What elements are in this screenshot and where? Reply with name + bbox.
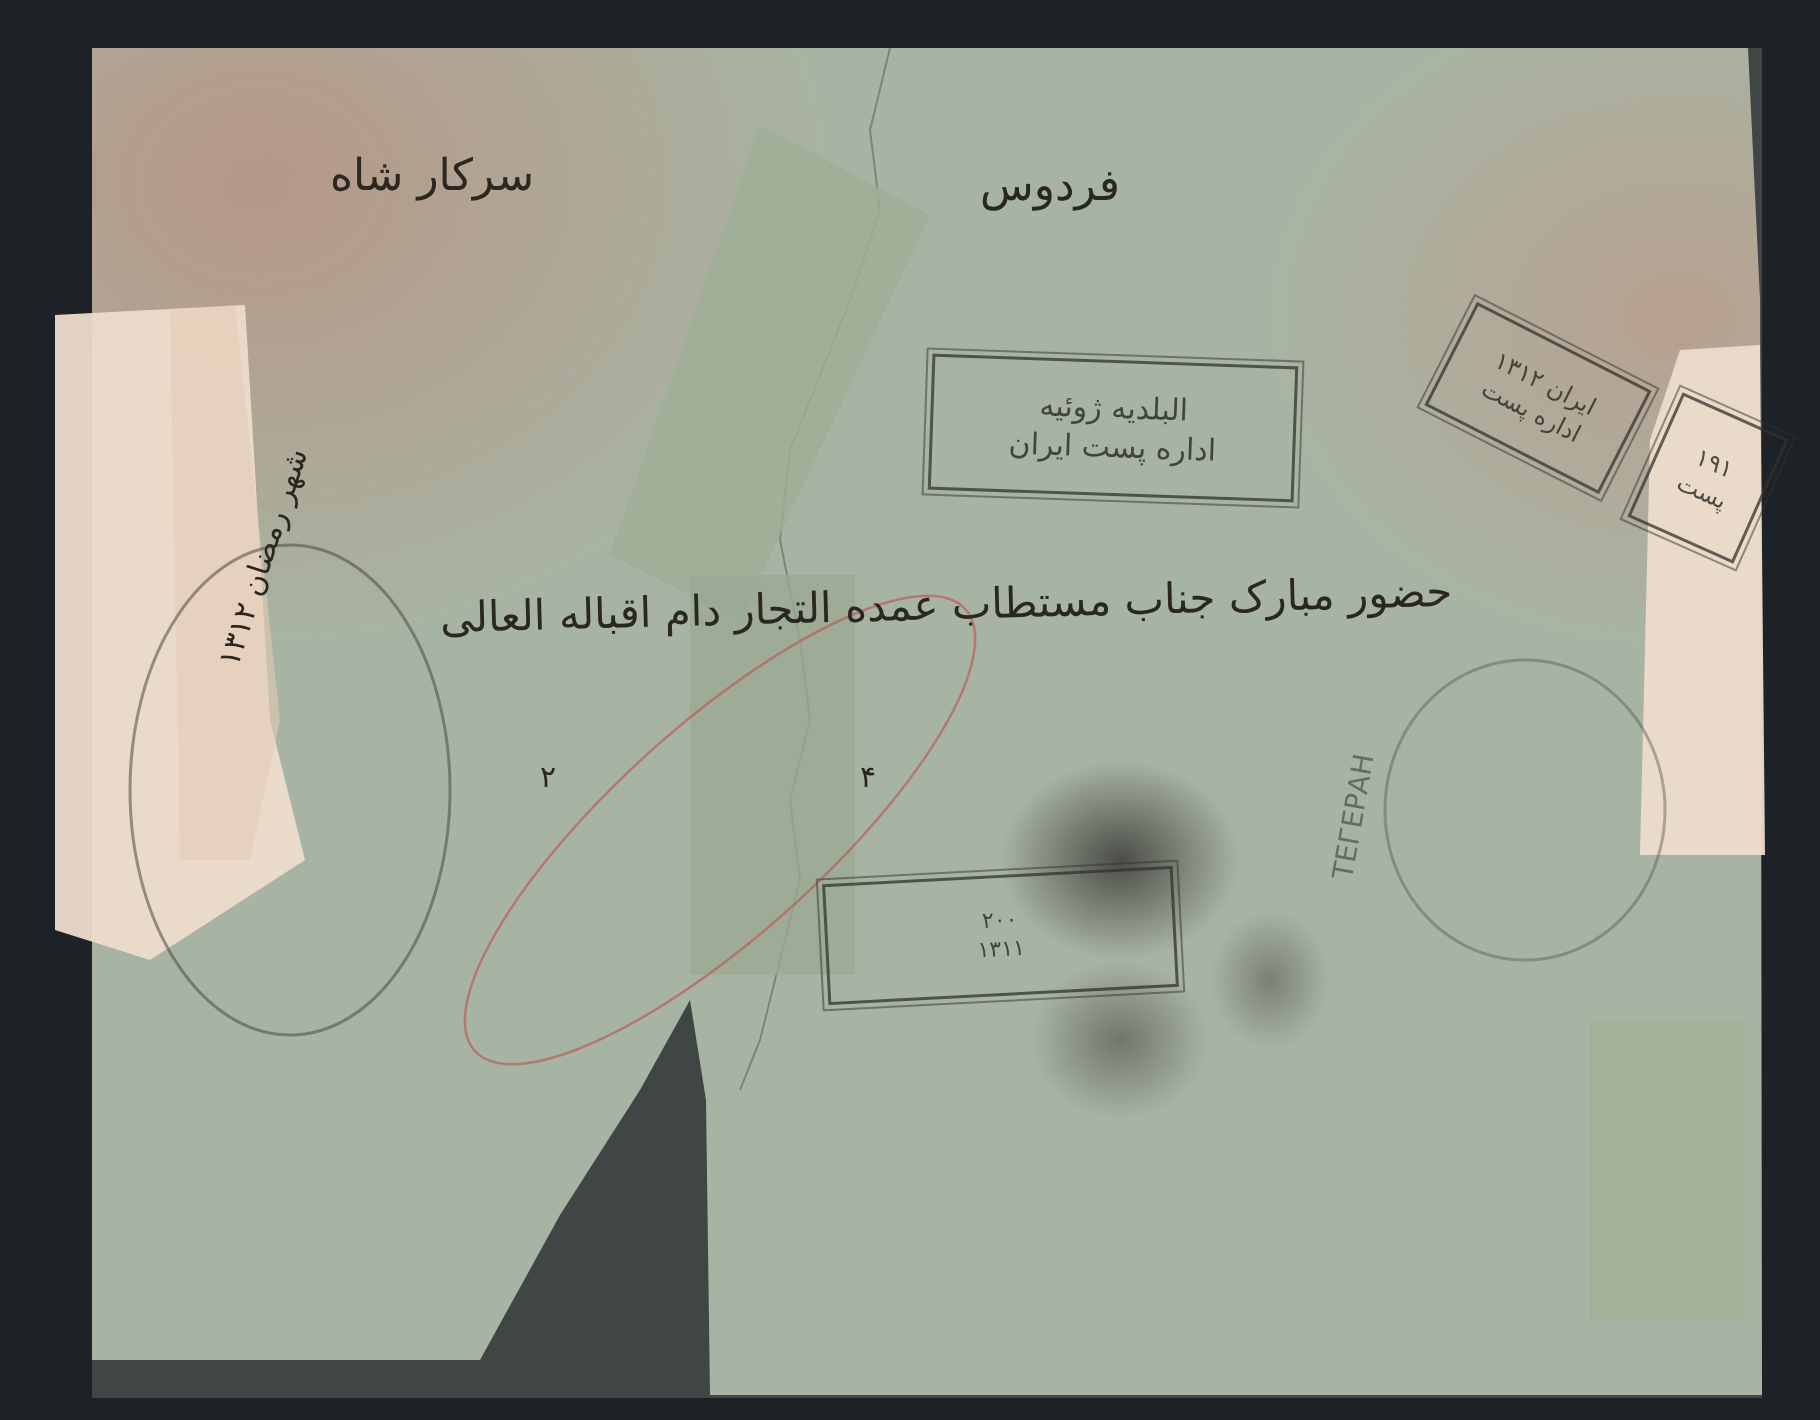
envelope-illustration [0,0,1820,1420]
handstamp-center: البلدیه ژوئیه اداره پست ایران [928,354,1299,503]
handwriting-mark-2: ۴ [860,760,876,795]
handwriting-mark-1: ۲ [540,760,556,795]
handwriting-top-left: سرکار شاه [330,150,534,201]
handwriting-top-center: فردوس [980,160,1120,211]
handstamp-bottom: ۲۰۰ ۱۳۱۱ [822,866,1179,1005]
envelope-photo [0,0,1820,1420]
